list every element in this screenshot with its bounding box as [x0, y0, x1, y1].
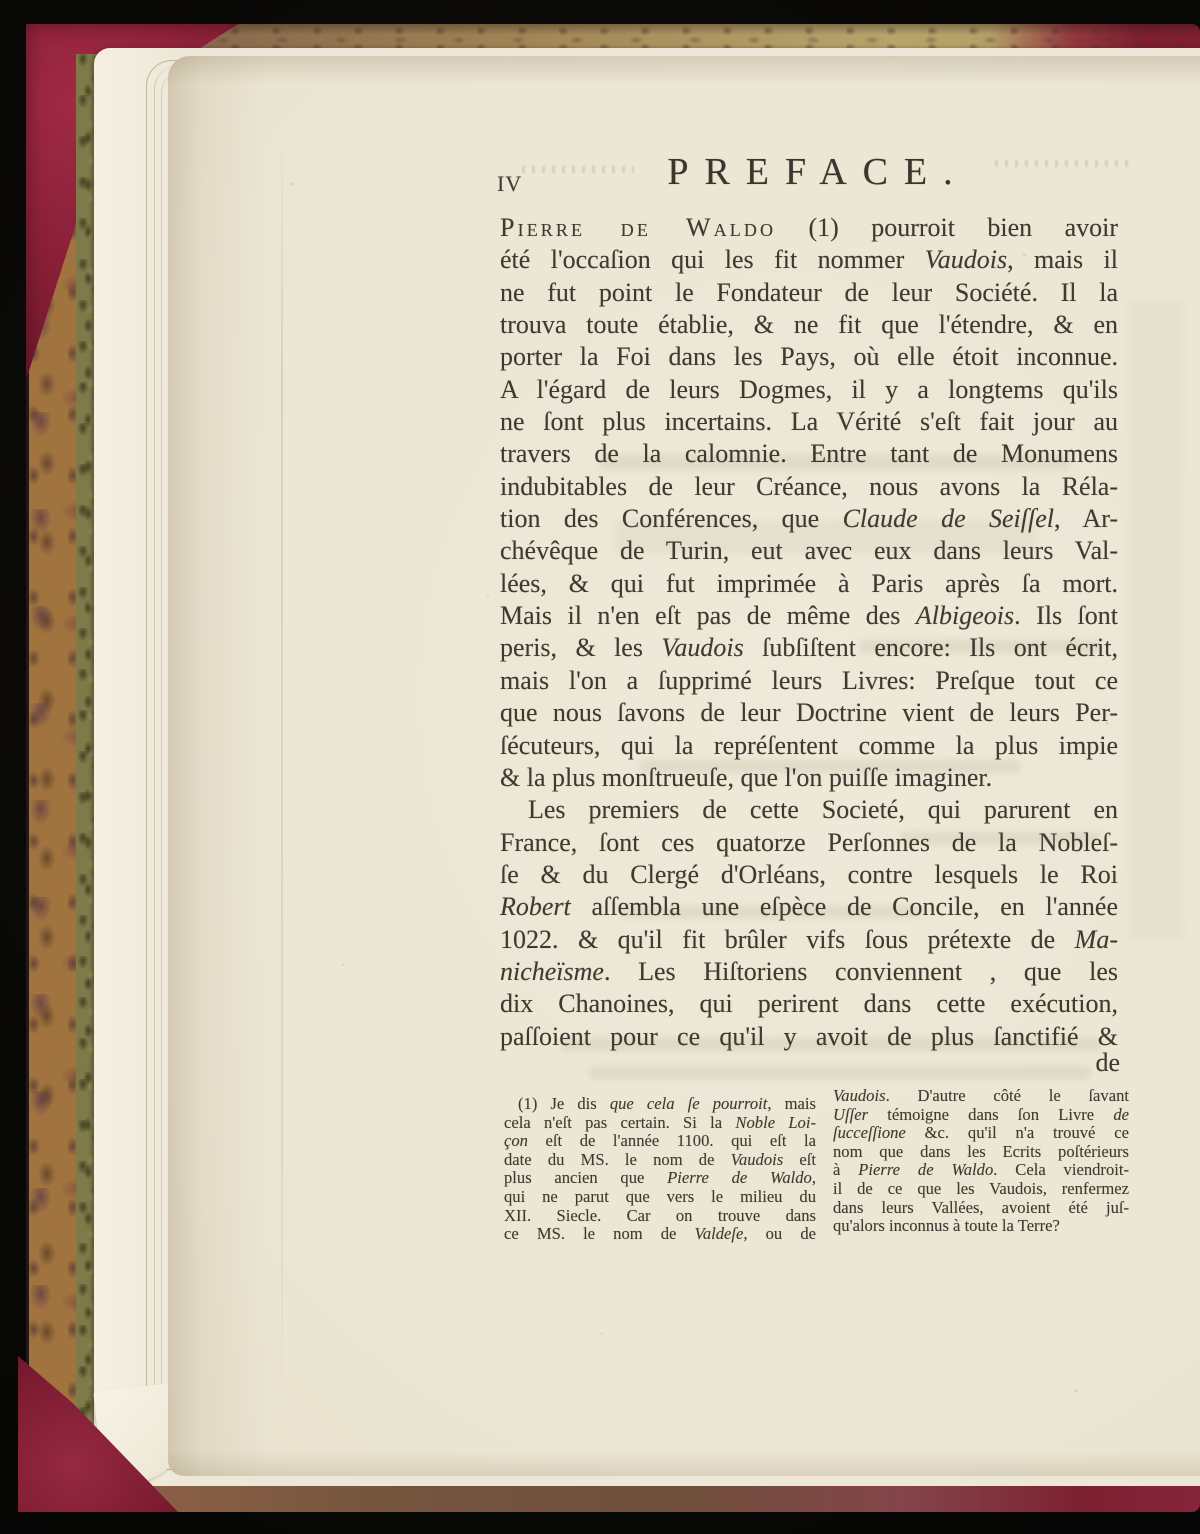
text-line: ſécuteurs, qui la repréſentent comme la …	[500, 730, 1118, 762]
text-line: dix Chanoines, qui perirent dans cette e…	[500, 988, 1118, 1020]
text-line: ne fut point le Fondateur de leur Sociét…	[500, 277, 1118, 309]
text-line: Pierre de Waldo (1) pourroit bien avoir	[500, 212, 1118, 244]
text-line: trouva toute établie, & ne fit que l'éte…	[500, 309, 1118, 341]
text-line: Robert aſſembla une eſpèce de Concile, e…	[500, 891, 1118, 923]
text-line: ne ſont plus incertains. La Vérité s'eſt…	[500, 406, 1118, 438]
text-line: A l'égard de leurs Dogmes, il y a longte…	[500, 374, 1118, 406]
text-line: plus ancien que Pierre de Waldo,	[504, 1169, 816, 1188]
catchword: de	[1020, 1048, 1120, 1078]
text-line: Mais il n'en eſt pas de même des Albigeo…	[500, 600, 1118, 632]
text-line: çon eſt de l'année 1100. qui eſt la	[504, 1132, 816, 1151]
text-line: ſucceſſione &c. qu'il n'a trouvé ce	[833, 1124, 1129, 1143]
page-header-title: PREFACE.	[510, 150, 1110, 194]
text-line: XII. Siecle. Car on trouve dans	[504, 1207, 816, 1226]
page-crease	[281, 120, 283, 1420]
text-line: porter la Foi dans les Pays, où elle éto…	[500, 341, 1118, 373]
text-line: nicheïsme. Les Hiſtoriens conviennent , …	[500, 956, 1118, 988]
text-line: à Pierre de Waldo. Cela viendroit-	[833, 1161, 1129, 1180]
text-line: Les premiers de cette Societé, qui parur…	[500, 794, 1118, 826]
cover-bottom-edge	[18, 1486, 1200, 1512]
text-line: que nous ſavons de leur Doctrine vient d…	[500, 697, 1118, 729]
text-line: Uſſer témoigne dans ſon Livre de	[833, 1106, 1129, 1125]
text-line: France, ſont ces quatorze Perſonnes de l…	[500, 827, 1118, 859]
text-line: qui ne parut que vers le milieu du	[504, 1188, 816, 1207]
text-line: peris, & les Vaudois ſubſiſtent encore: …	[500, 632, 1118, 664]
text-line: cela n'eſt pas certain. Si la Noble Loi-	[504, 1114, 816, 1133]
text-line: ſe & du Clergé d'Orléans, contre lesquel…	[500, 859, 1118, 891]
text-line: été l'occaſion qui les fit nommer Vaudoi…	[500, 244, 1118, 276]
text-line: & la plus monſtrueuſe, que l'on puiſſe i…	[500, 762, 1118, 794]
main-text-block: Pierre de Waldo (1) pourroit bien avoiré…	[500, 212, 1118, 1053]
text-line: dans leurs Vallées, avoient été juſ-	[833, 1199, 1129, 1218]
text-line: 1022. & qu'il fit brûler vifs ſous préte…	[500, 924, 1118, 956]
text-line: tion des Conférences, que Claude de Seiſ…	[500, 503, 1118, 535]
text-line: Vaudois. D'autre côté le ſavant	[833, 1087, 1129, 1106]
text-line: lées, & qui fut imprimée à Paris après ſ…	[500, 568, 1118, 600]
text-line: il de ce que les Vaudois, renfermez	[833, 1180, 1129, 1199]
footnote-right-column: Vaudois. D'autre côté le ſavantUſſer tém…	[833, 1087, 1129, 1236]
scanned-book-photo: { "book_page": { "page_number": "IV", "h…	[0, 0, 1200, 1534]
text-line: mais l'on a ſupprimé leurs Livres: Preſq…	[500, 665, 1118, 697]
text-line: nom que dans les Ecrits poſtérieurs	[833, 1143, 1129, 1162]
text-line: (1) Je dis que cela ſe pourroit, mais	[504, 1095, 816, 1114]
text-line: indubitables de leur Créance, nous avons…	[500, 471, 1118, 503]
text-line: travers de la calomnie. Entre tant de Mo…	[500, 438, 1118, 470]
text-line: qu'alors inconnus à toute la Terre?	[833, 1217, 1129, 1236]
footnote-left-column: (1) Je dis que cela ſe pourroit, maiscel…	[504, 1095, 816, 1244]
text-line: date du MS. le nom de Vaudois eſt	[504, 1151, 816, 1170]
text-line: ce MS. le nom de Valdeſe, ou de	[504, 1225, 816, 1244]
text-line: chévêque de Turin, eut avec eux dans leu…	[500, 535, 1118, 567]
